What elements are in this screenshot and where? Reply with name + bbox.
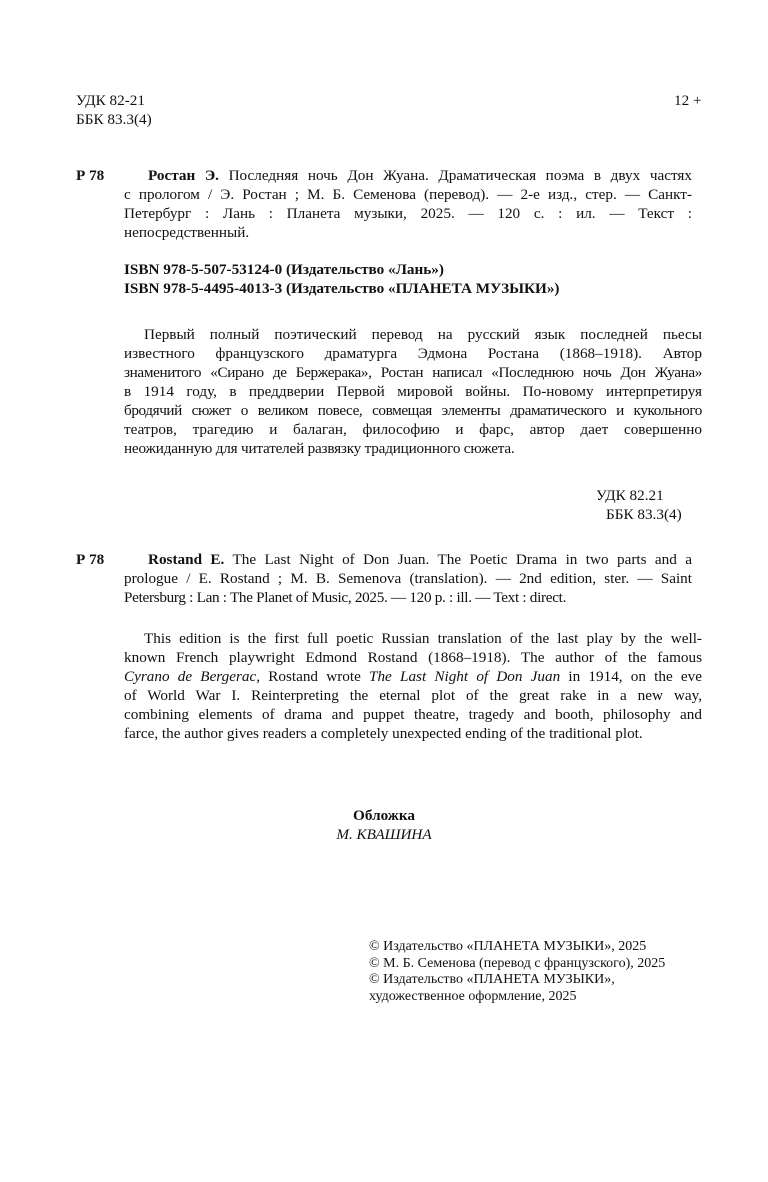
copyright-block: © Издательство «ПЛАНЕТА МУЗЫКИ», 2025 © …: [369, 939, 665, 1005]
copyright-line: художественное оформление, 2025: [369, 989, 665, 1006]
annotation-line: неожиданную для читателей развязку тради…: [124, 439, 702, 458]
cover-credit: Обложка М. КВАШИНА: [0, 806, 768, 844]
annotation-line: combining elements of drama and puppet t…: [124, 705, 702, 724]
bibliographic-entry-en: Rostand E. The Last Night of Don Juan. T…: [124, 550, 692, 607]
annotation-line: known French playwright Edmond Rostand (…: [124, 648, 702, 667]
isbn-line: ISBN 978-5-4495-4013-3 (Издательство «ПЛ…: [124, 279, 559, 298]
header-classification: УДК 82-21 ББК 83.3(4): [76, 91, 152, 129]
isbn-line: ISBN 978-5-507-53124-0 (Издательство «Ла…: [124, 260, 559, 279]
title-italic: The Last Night of Don Juan: [369, 668, 560, 685]
annotation-en: This edition is the first full poetic Ru…: [124, 629, 702, 743]
bbk-code: ББК 83.3(4): [596, 505, 682, 524]
annotation-line: бродячий сюжет о великом повесе, совмеща…: [124, 401, 702, 420]
entry-line: Ростан Э. Последняя ночь Дон Жуана. Драм…: [124, 166, 692, 185]
entry-line: Rostand E. The Last Night of Don Juan. T…: [124, 550, 692, 569]
annotation-ru: Первый полный поэтический перевод на рус…: [124, 325, 702, 458]
author-name: Ростан Э.: [148, 167, 219, 184]
classification-en: УДК 82.21 ББК 83.3(4): [596, 486, 682, 524]
annotation-line: farce, the author gives readers a comple…: [124, 724, 702, 743]
author-name: Rostand E.: [148, 551, 224, 568]
annotation-line: театров, трагедию и балаган, философию и…: [124, 420, 702, 439]
udk-code: УДК 82-21: [76, 91, 152, 110]
annotation-line: Первый полный поэтический перевод на рус…: [124, 325, 702, 344]
entry-line: непосредственный.: [124, 223, 692, 242]
title-italic: Cyrano de Bergerac: [124, 668, 256, 685]
annotation-line: в 1914 году, в преддверии Первой мировой…: [124, 382, 702, 401]
entry-line: Petersburg : Lan : The Planet of Music, …: [124, 588, 692, 607]
cover-artist: М. КВАШИНА: [0, 825, 768, 844]
bibliographic-entry-ru: Ростан Э. Последняя ночь Дон Жуана. Драм…: [124, 166, 692, 242]
entry-line: Петербург : Лань : Планета музыки, 2025.…: [124, 204, 692, 223]
udk-code: УДК 82.21: [596, 486, 682, 505]
copyright-line: © М. Б. Семенова (перевод с французского…: [369, 956, 665, 973]
annotation-line: of World War I. Reinterpreting the etern…: [124, 686, 702, 705]
cover-label: Обложка: [0, 806, 768, 825]
entry-line: с прологом / Э. Ростан ; М. Б. Семенова …: [124, 185, 692, 204]
annotation-line: This edition is the first full poetic Ru…: [124, 629, 702, 648]
age-rating: 12 +: [674, 91, 702, 110]
copyright-line: © Издательство «ПЛАНЕТА МУЗЫКИ»,: [369, 972, 665, 989]
annotation-line: Cyrano de Bergerac, Rostand wrote The La…: [124, 667, 702, 686]
annotation-line: известного французского драматурга Эдмон…: [124, 344, 702, 363]
entry-line: prologue / E. Rostand ; M. B. Semenova (…: [124, 569, 692, 588]
annotation-line: знаменитого «Сирано де Бержерака», Роста…: [124, 363, 702, 382]
bbk-code: ББК 83.3(4): [76, 110, 152, 129]
author-sign-ru: Р 78: [76, 166, 104, 185]
author-sign-en: Р 78: [76, 550, 104, 569]
copyright-line: © Издательство «ПЛАНЕТА МУЗЫКИ», 2025: [369, 939, 665, 956]
isbn-block: ISBN 978-5-507-53124-0 (Издательство «Ла…: [124, 260, 559, 298]
